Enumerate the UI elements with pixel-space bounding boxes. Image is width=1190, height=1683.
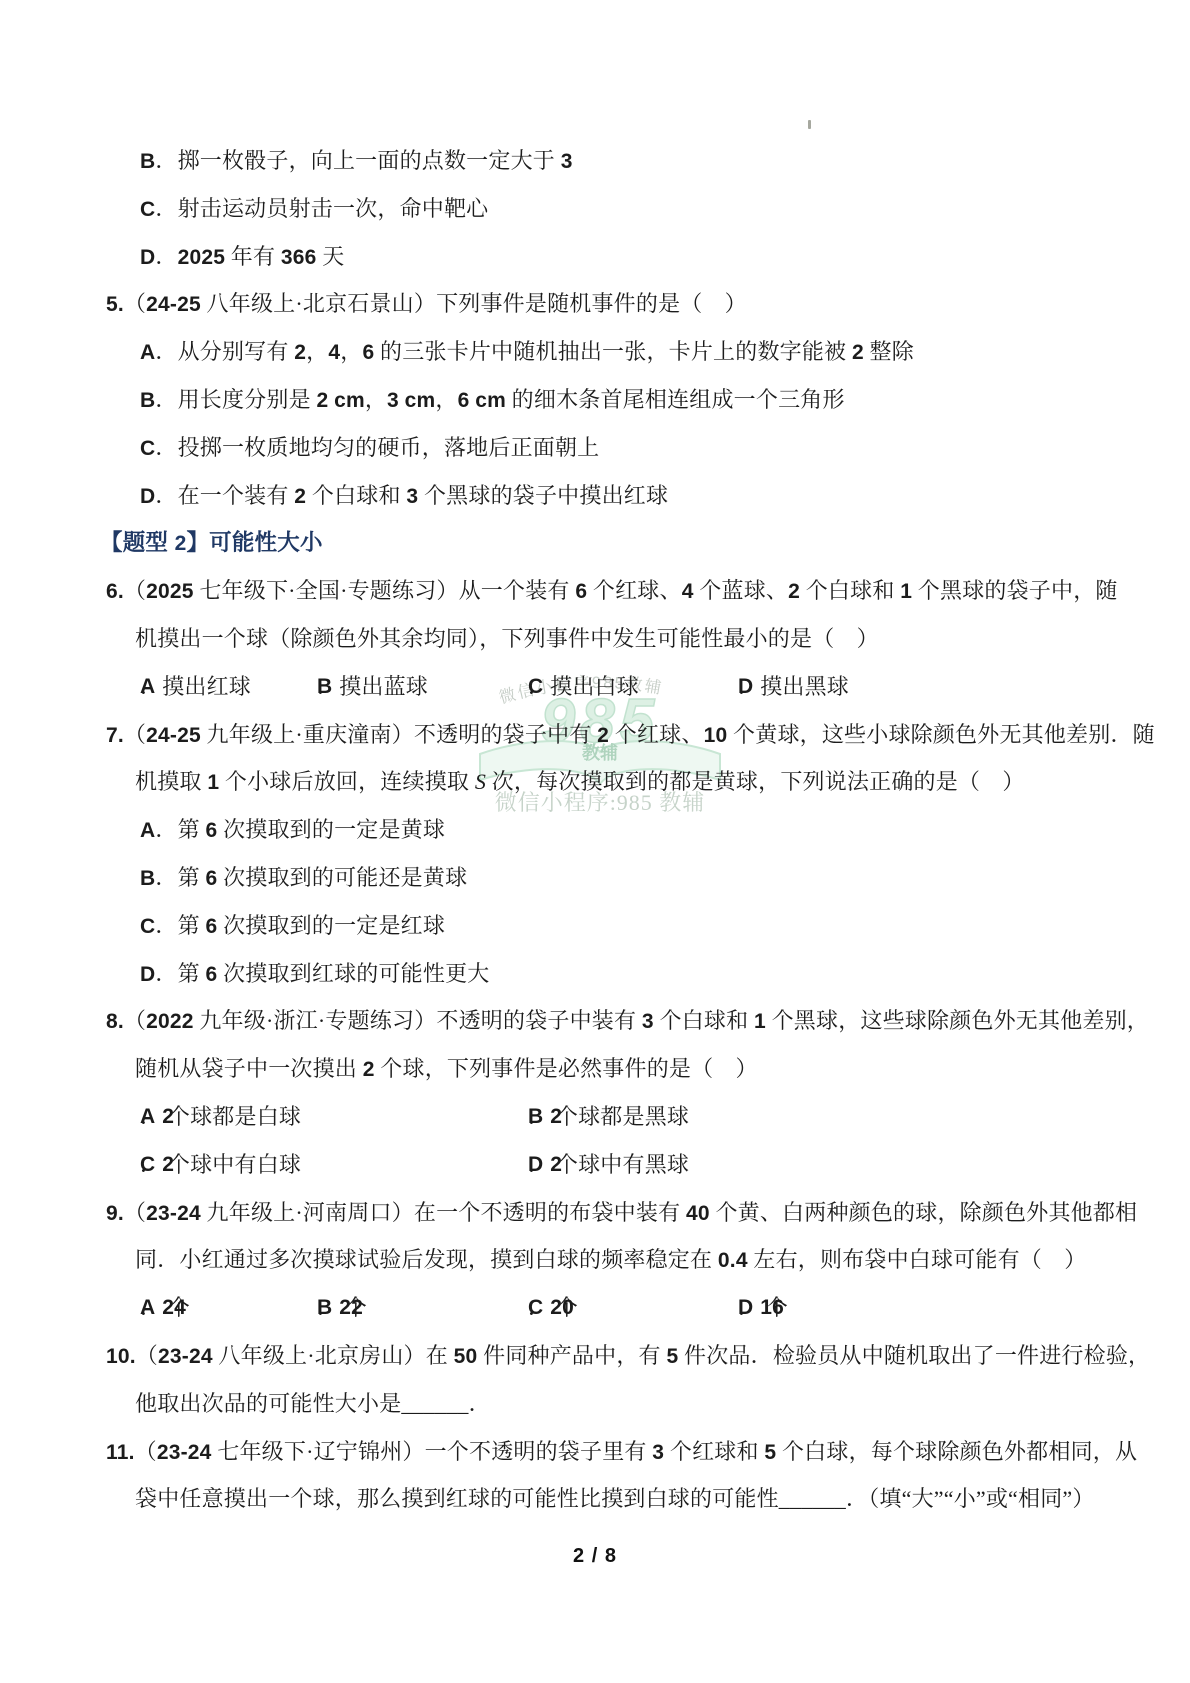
- option-item: B．摸出蓝球: [317, 663, 428, 711]
- option-line: B．用长度分别是 2 cm，3 cm，6 cm 的细木条首尾相连组成一个三角形: [140, 376, 845, 424]
- option-line: A．从分别写有 2，4，6 的三张卡片中随机抽出一张，卡片上的数字能被 2 整除: [140, 328, 914, 376]
- option-line: A．第 6 次摸取到的一定是黄球: [140, 806, 445, 854]
- option-item: C．摸出白球: [528, 663, 639, 711]
- options-row: C．2 个球中有白球D．2 个球中有黑球: [0, 1141, 1190, 1189]
- option-line: D．在一个装有 2 个白球和 3 个黑球的袋子中摸出红球: [140, 472, 668, 520]
- section-heading: 【题型 2】可能性大小: [100, 519, 323, 567]
- option-item: A．摸出红球: [140, 663, 251, 711]
- options-row: A．2 个球都是白球B．2 个球都是黑球: [0, 1093, 1190, 1141]
- option-item: A．24 个: [140, 1284, 190, 1332]
- option-line: C．投掷一枚质地均匀的硬币，落地后正面朝上: [140, 424, 599, 472]
- question-line: 8.（2022 九年级·浙江·专题练习）不透明的袋子中装有 3 个白球和 1 个…: [106, 997, 1149, 1045]
- option-item: D．16 个: [738, 1284, 788, 1332]
- continuation-line: 随机从袋子中一次摸出 2 个球，下列事件是必然事件的是（ ）: [135, 1045, 758, 1093]
- option-line: C．第 6 次摸取到的一定是红球: [140, 902, 445, 950]
- option-item: B．2 个球都是黑球: [528, 1093, 689, 1141]
- option-item: D．2 个球中有黑球: [528, 1141, 689, 1189]
- continuation-line: 机摸取 1 个小球后放回，连续摸取 S 次，每次摸取到的都是黄球，下列说法正确的…: [135, 758, 1025, 806]
- math-variable: S: [475, 769, 486, 794]
- option-item: B．22 个: [317, 1284, 367, 1332]
- option-line: C．射击运动员射击一次，命中靶心: [140, 185, 488, 233]
- question-line: 11.（23-24 七年级下·辽宁锦州）一个不透明的袋子里有 3 个红球和 5 …: [106, 1428, 1137, 1476]
- options-row: A．24 个B．22 个C．20 个D．16 个: [0, 1284, 1190, 1332]
- option-line: D．第 6 次摸取到红球的可能性更大: [140, 950, 489, 998]
- options-row: A．摸出红球B．摸出蓝球C．摸出白球D．摸出黑球: [0, 663, 1190, 711]
- question-line: 5.（24-25 八年级上·北京石景山）下列事件是随机事件的是（ ）: [106, 280, 747, 328]
- option-item: C．20 个: [528, 1284, 578, 1332]
- option-item: D．摸出黑球: [738, 663, 849, 711]
- continuation-line: 同．小红通过多次摸球试验后发现，摸到白球的频率稳定在 0.4 左右，则布袋中白球…: [135, 1236, 1086, 1284]
- continuation-line: 他取出次品的可能性大小是______．: [135, 1380, 491, 1428]
- question-line: 9.（23-24 九年级上·河南周口）在一个不透明的布袋中装有 40 个黄、白两…: [106, 1189, 1137, 1237]
- question-line: 7.（24-25 九年级上·重庆潼南）不透明的袋子中有 2 个红球、10 个黄球…: [106, 711, 1155, 759]
- option-line: B．第 6 次摸取到的可能还是黄球: [140, 854, 467, 902]
- option-item: C．2 个球中有白球: [140, 1141, 301, 1189]
- document-page: 微信小程序985教辅 985 教辅 微信小程序:985 教辅 B．掷一枚骰子，向…: [0, 0, 1190, 1683]
- option-item: A．2 个球都是白球: [140, 1093, 301, 1141]
- scan-artifact-mark: [808, 120, 811, 129]
- continuation-line: 机摸出一个球（除颜色外其余均同），下列事件中发生可能性最小的是（ ）: [135, 615, 879, 663]
- page-number: 2 / 8: [0, 1545, 1190, 1568]
- continuation-line: 袋中任意摸出一个球，那么摸到红球的可能性比摸到白球的可能性______．（填“大…: [135, 1475, 1095, 1523]
- option-line: D．2025 年有 366 天: [140, 233, 344, 281]
- option-line: B．掷一枚骰子，向上一面的点数一定大于 3: [140, 137, 573, 185]
- question-line: 10.（23-24 八年级上·北京房山）在 50 件同种产品中，有 5 件次品．…: [106, 1332, 1150, 1380]
- question-line: 6.（2025 七年级下·全国·专题练习）从一个装有 6 个红球、4 个蓝球、2…: [106, 567, 1118, 615]
